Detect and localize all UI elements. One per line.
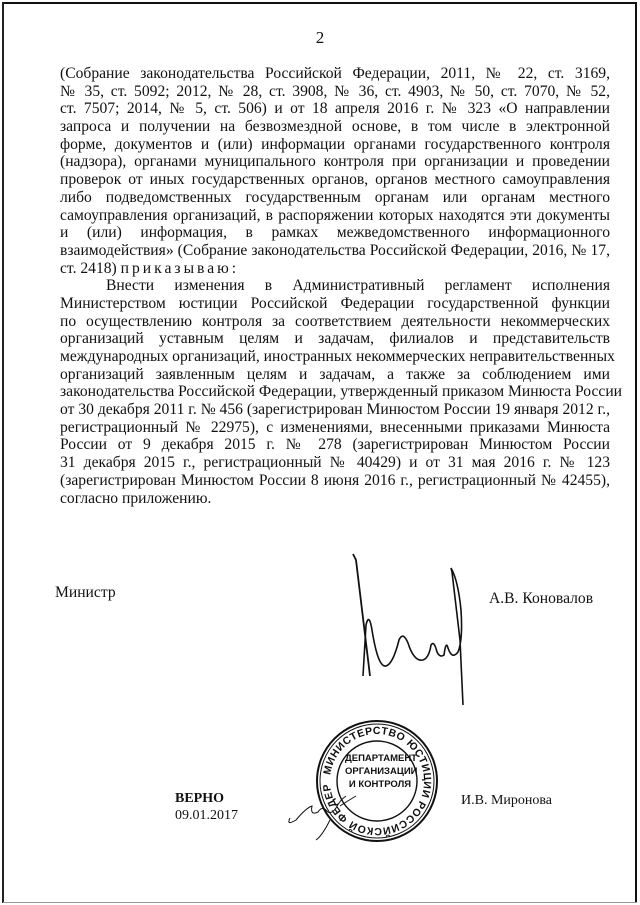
paragraph-line: организаций уставным целям и задачам, фи… (60, 330, 610, 348)
stamp-line: ОРГАНИЗАЦИИ (345, 765, 415, 778)
paragraph-line: регистрационный № 22975), с изменениями,… (60, 419, 610, 437)
paragraph-line: Министерством юстиции Российской Федерац… (60, 295, 610, 313)
certifier-name: И.В. Миронова (461, 793, 552, 809)
paragraph-line: согласно приложению. (60, 490, 610, 508)
paragraph-line: (зарегистрирован Минюстом России 8 июня … (60, 472, 610, 490)
stamp-center-text: ДЕПАРТАМЕНТ ОРГАНИЗАЦИИ И КОНТРОЛЯ (345, 752, 415, 791)
stamp-line: ДЕПАРТАМЕНТ (345, 752, 415, 765)
signer-name: А.В. Коновалов (489, 590, 593, 608)
paragraph-line: Внести изменения в Административный регл… (60, 277, 610, 295)
page-border-top (3, 2, 637, 4)
certifier-signature-icon (282, 790, 362, 845)
page-border-right (635, 2, 637, 903)
body-line: ст. 7507; 2014, № 5, ст. 506) и от 18 ап… (60, 100, 610, 118)
paragraph-line: по осуществлению контроля за соответстви… (60, 313, 610, 331)
signer-title: Министр (55, 584, 116, 602)
body-line: форме, документов и (или) информации орг… (60, 136, 610, 154)
paragraph-line: России от 9 декабря 2015 г. № 278 (зарег… (60, 436, 610, 454)
body-line: самоуправления организаций, в распоряжен… (60, 207, 610, 225)
paragraph-line: законодательства Российской Федерации, у… (60, 383, 610, 401)
page-number: 2 (0, 28, 640, 48)
paragraph-line: организаций заявленным целям и задачам, … (60, 366, 610, 384)
document-body: (Собрание законодательства Российской Фе… (60, 65, 610, 507)
certification-label: ВЕРНО (175, 791, 224, 807)
order-prefix: ст. 2418) (60, 260, 117, 277)
page-border-left (2, 2, 4, 903)
paragraph-line: 31 декабря 2015 г., регистрационный № 40… (60, 454, 610, 472)
body-line: проверок от иных государственных органов… (60, 171, 610, 189)
body-line: № 35, ст. 5092; 2012, № 28, ст. 3908, № … (60, 83, 610, 101)
paragraph-line: от 30 декабря 2011 г. № 456 (зарегистрир… (60, 401, 610, 419)
body-line: либо подведомственных государственным ор… (60, 189, 610, 207)
minister-signature-icon (340, 548, 480, 718)
body-line: и (или) информация, в рамках межведомств… (60, 224, 610, 242)
order-word: приказываю: (121, 260, 239, 277)
body-line: (надзора), органами муниципального контр… (60, 153, 610, 171)
paragraph-line: международных организаций, иностранных н… (60, 348, 610, 366)
body-line: запроса и получении на безвозмездной осн… (60, 118, 610, 136)
page-border-bottom (3, 902, 637, 903)
certification-date: 09.01.2017 (175, 808, 238, 824)
order-line: ст. 2418) приказываю: (60, 260, 610, 278)
body-line: (Собрание законодательства Российской Фе… (60, 65, 610, 83)
body-line: взаимодействия» (Собрание законодательст… (60, 242, 610, 260)
